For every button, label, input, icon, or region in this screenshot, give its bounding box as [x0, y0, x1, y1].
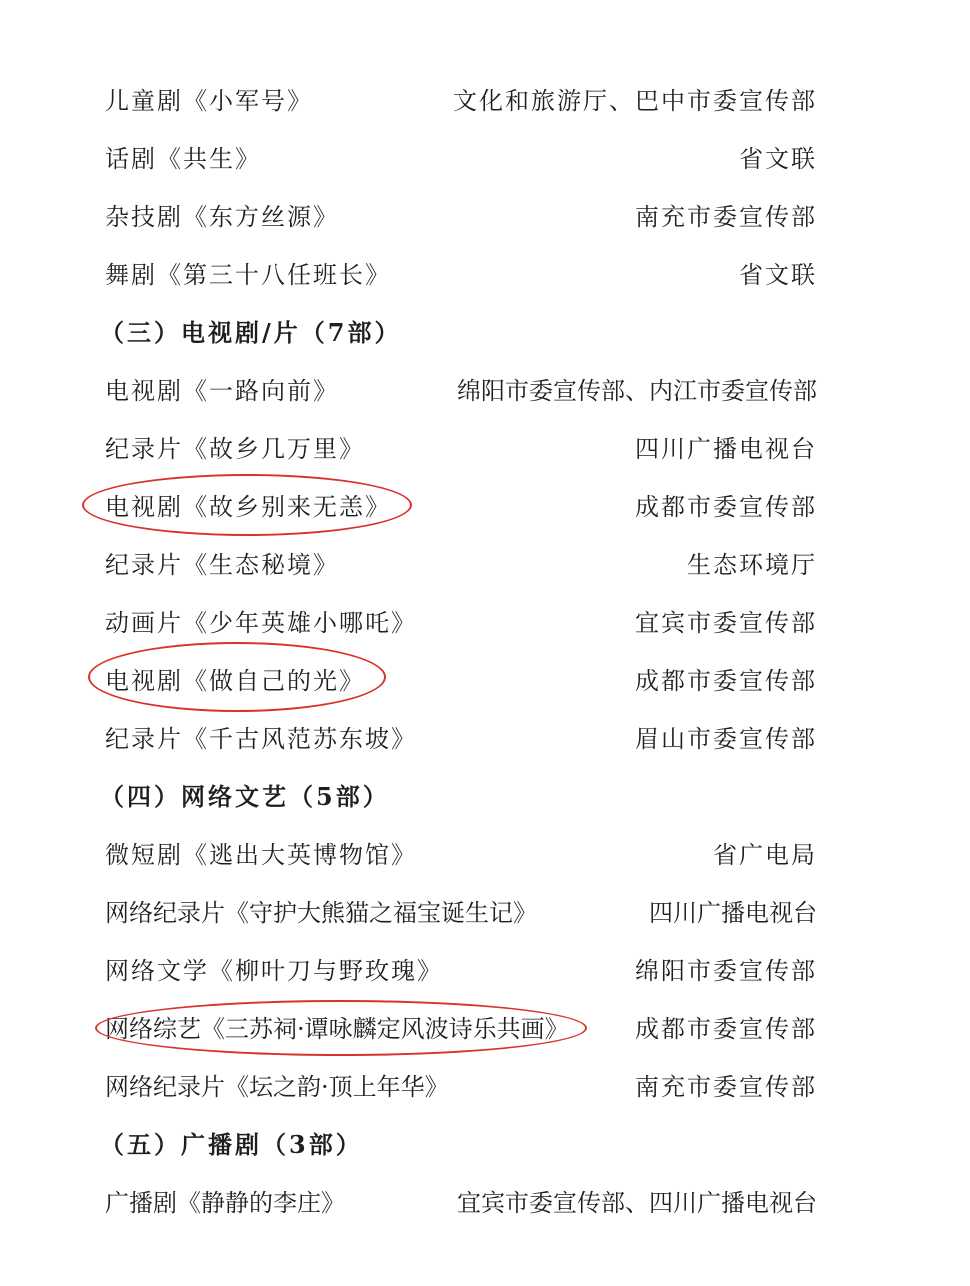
- work-organization: 省文联: [739, 139, 817, 174]
- work-organization: 生态环境厅: [687, 545, 817, 580]
- list-item: 网络纪录片《坛之韵·顶上年华》 南充市委宣传部: [105, 1064, 817, 1104]
- work-title: 动画片《少年英雄小哪吒》: [105, 603, 417, 638]
- work-organization: 宜宾市委宣传部: [635, 603, 817, 638]
- list-item: 电视剧《一路向前》 绵阳市委宣传部、内江市委宣传部: [105, 368, 817, 408]
- work-organization: 成都市委宣传部: [635, 661, 817, 696]
- list-item: 广播剧《静静的李庄》 宜宾市委宣传部、四川广播电视台: [105, 1180, 817, 1220]
- document-page: 儿童剧《小军号》 文化和旅游厅、巴中市委宣传部 话剧《共生》 省文联 杂技剧《东…: [0, 0, 970, 1286]
- work-title: 广播剧《静静的李庄》: [105, 1183, 345, 1218]
- work-title: 舞剧《第三十八任班长》: [105, 255, 391, 290]
- work-organization: 省广电局: [713, 835, 817, 870]
- work-organization: 南充市委宣传部: [635, 1067, 817, 1102]
- list-item: 网络文学《柳叶刀与野玫瑰》 绵阳市委宣传部: [105, 948, 817, 988]
- section-heading-online: （四）网络文艺（5部）: [100, 774, 390, 814]
- work-title: 网络综艺《三苏祠·谭咏麟定风波诗乐共画》: [105, 1009, 569, 1044]
- work-title: 纪录片《故乡几万里》: [105, 429, 365, 464]
- work-title: 网络纪录片《坛之韵·顶上年华》: [105, 1067, 449, 1102]
- list-item: 纪录片《故乡几万里》 四川广播电视台: [105, 426, 817, 466]
- list-item: 杂技剧《东方丝源》 南充市委宣传部: [105, 194, 817, 234]
- list-item: 动画片《少年英雄小哪吒》 宜宾市委宣传部: [105, 600, 817, 640]
- work-organization: 宜宾市委宣传部、四川广播电视台: [457, 1183, 817, 1218]
- list-item: 儿童剧《小军号》 文化和旅游厅、巴中市委宣传部: [105, 78, 817, 118]
- work-organization: 四川广播电视台: [649, 893, 817, 928]
- work-organization: 成都市委宣传部: [635, 1009, 817, 1044]
- list-item: 话剧《共生》 省文联: [105, 136, 817, 176]
- list-item: 微短剧《逃出大英博物馆》 省广电局: [105, 832, 817, 872]
- work-title: 纪录片《生态秘境》: [105, 545, 339, 580]
- work-organization: 文化和旅游厅、巴中市委宣传部: [453, 81, 817, 116]
- list-item: 电视剧《故乡别来无恙》 成都市委宣传部: [105, 484, 817, 524]
- work-organization: 成都市委宣传部: [635, 487, 817, 522]
- work-title: 儿童剧《小军号》: [105, 81, 313, 116]
- list-item: 舞剧《第三十八任班长》 省文联: [105, 252, 817, 292]
- section-heading-tv: （三）电视剧/片（7部）: [100, 310, 401, 350]
- work-title: 纪录片《千古风范苏东坡》: [105, 719, 417, 754]
- work-organization: 四川广播电视台: [635, 429, 817, 464]
- work-organization: 绵阳市委宣传部、内江市委宣传部: [457, 371, 817, 406]
- work-title: 杂技剧《东方丝源》: [105, 197, 339, 232]
- work-organization: 省文联: [739, 255, 817, 290]
- list-item: 纪录片《生态秘境》 生态环境厅: [105, 542, 817, 582]
- work-organization: 眉山市委宣传部: [635, 719, 817, 754]
- work-title: 电视剧《故乡别来无恙》: [105, 487, 391, 522]
- work-title: 网络文学《柳叶刀与野玫瑰》: [105, 951, 443, 986]
- list-item: 电视剧《做自己的光》 成都市委宣传部: [105, 658, 817, 698]
- work-title: 电视剧《做自己的光》: [105, 661, 365, 696]
- section-heading-radio: （五）广播剧（3部）: [100, 1122, 363, 1162]
- work-title: 微短剧《逃出大英博物馆》: [105, 835, 417, 870]
- list-item: 网络纪录片《守护大熊猫之福宝诞生记》 四川广播电视台: [105, 890, 817, 930]
- work-organization: 南充市委宣传部: [635, 197, 817, 232]
- work-title: 话剧《共生》: [105, 139, 261, 174]
- list-item: 网络综艺《三苏祠·谭咏麟定风波诗乐共画》 成都市委宣传部: [105, 1006, 817, 1046]
- work-organization: 绵阳市委宣传部: [635, 951, 817, 986]
- work-title: 电视剧《一路向前》: [105, 371, 339, 406]
- work-title: 网络纪录片《守护大熊猫之福宝诞生记》: [105, 893, 537, 928]
- list-item: 纪录片《千古风范苏东坡》 眉山市委宣传部: [105, 716, 817, 756]
